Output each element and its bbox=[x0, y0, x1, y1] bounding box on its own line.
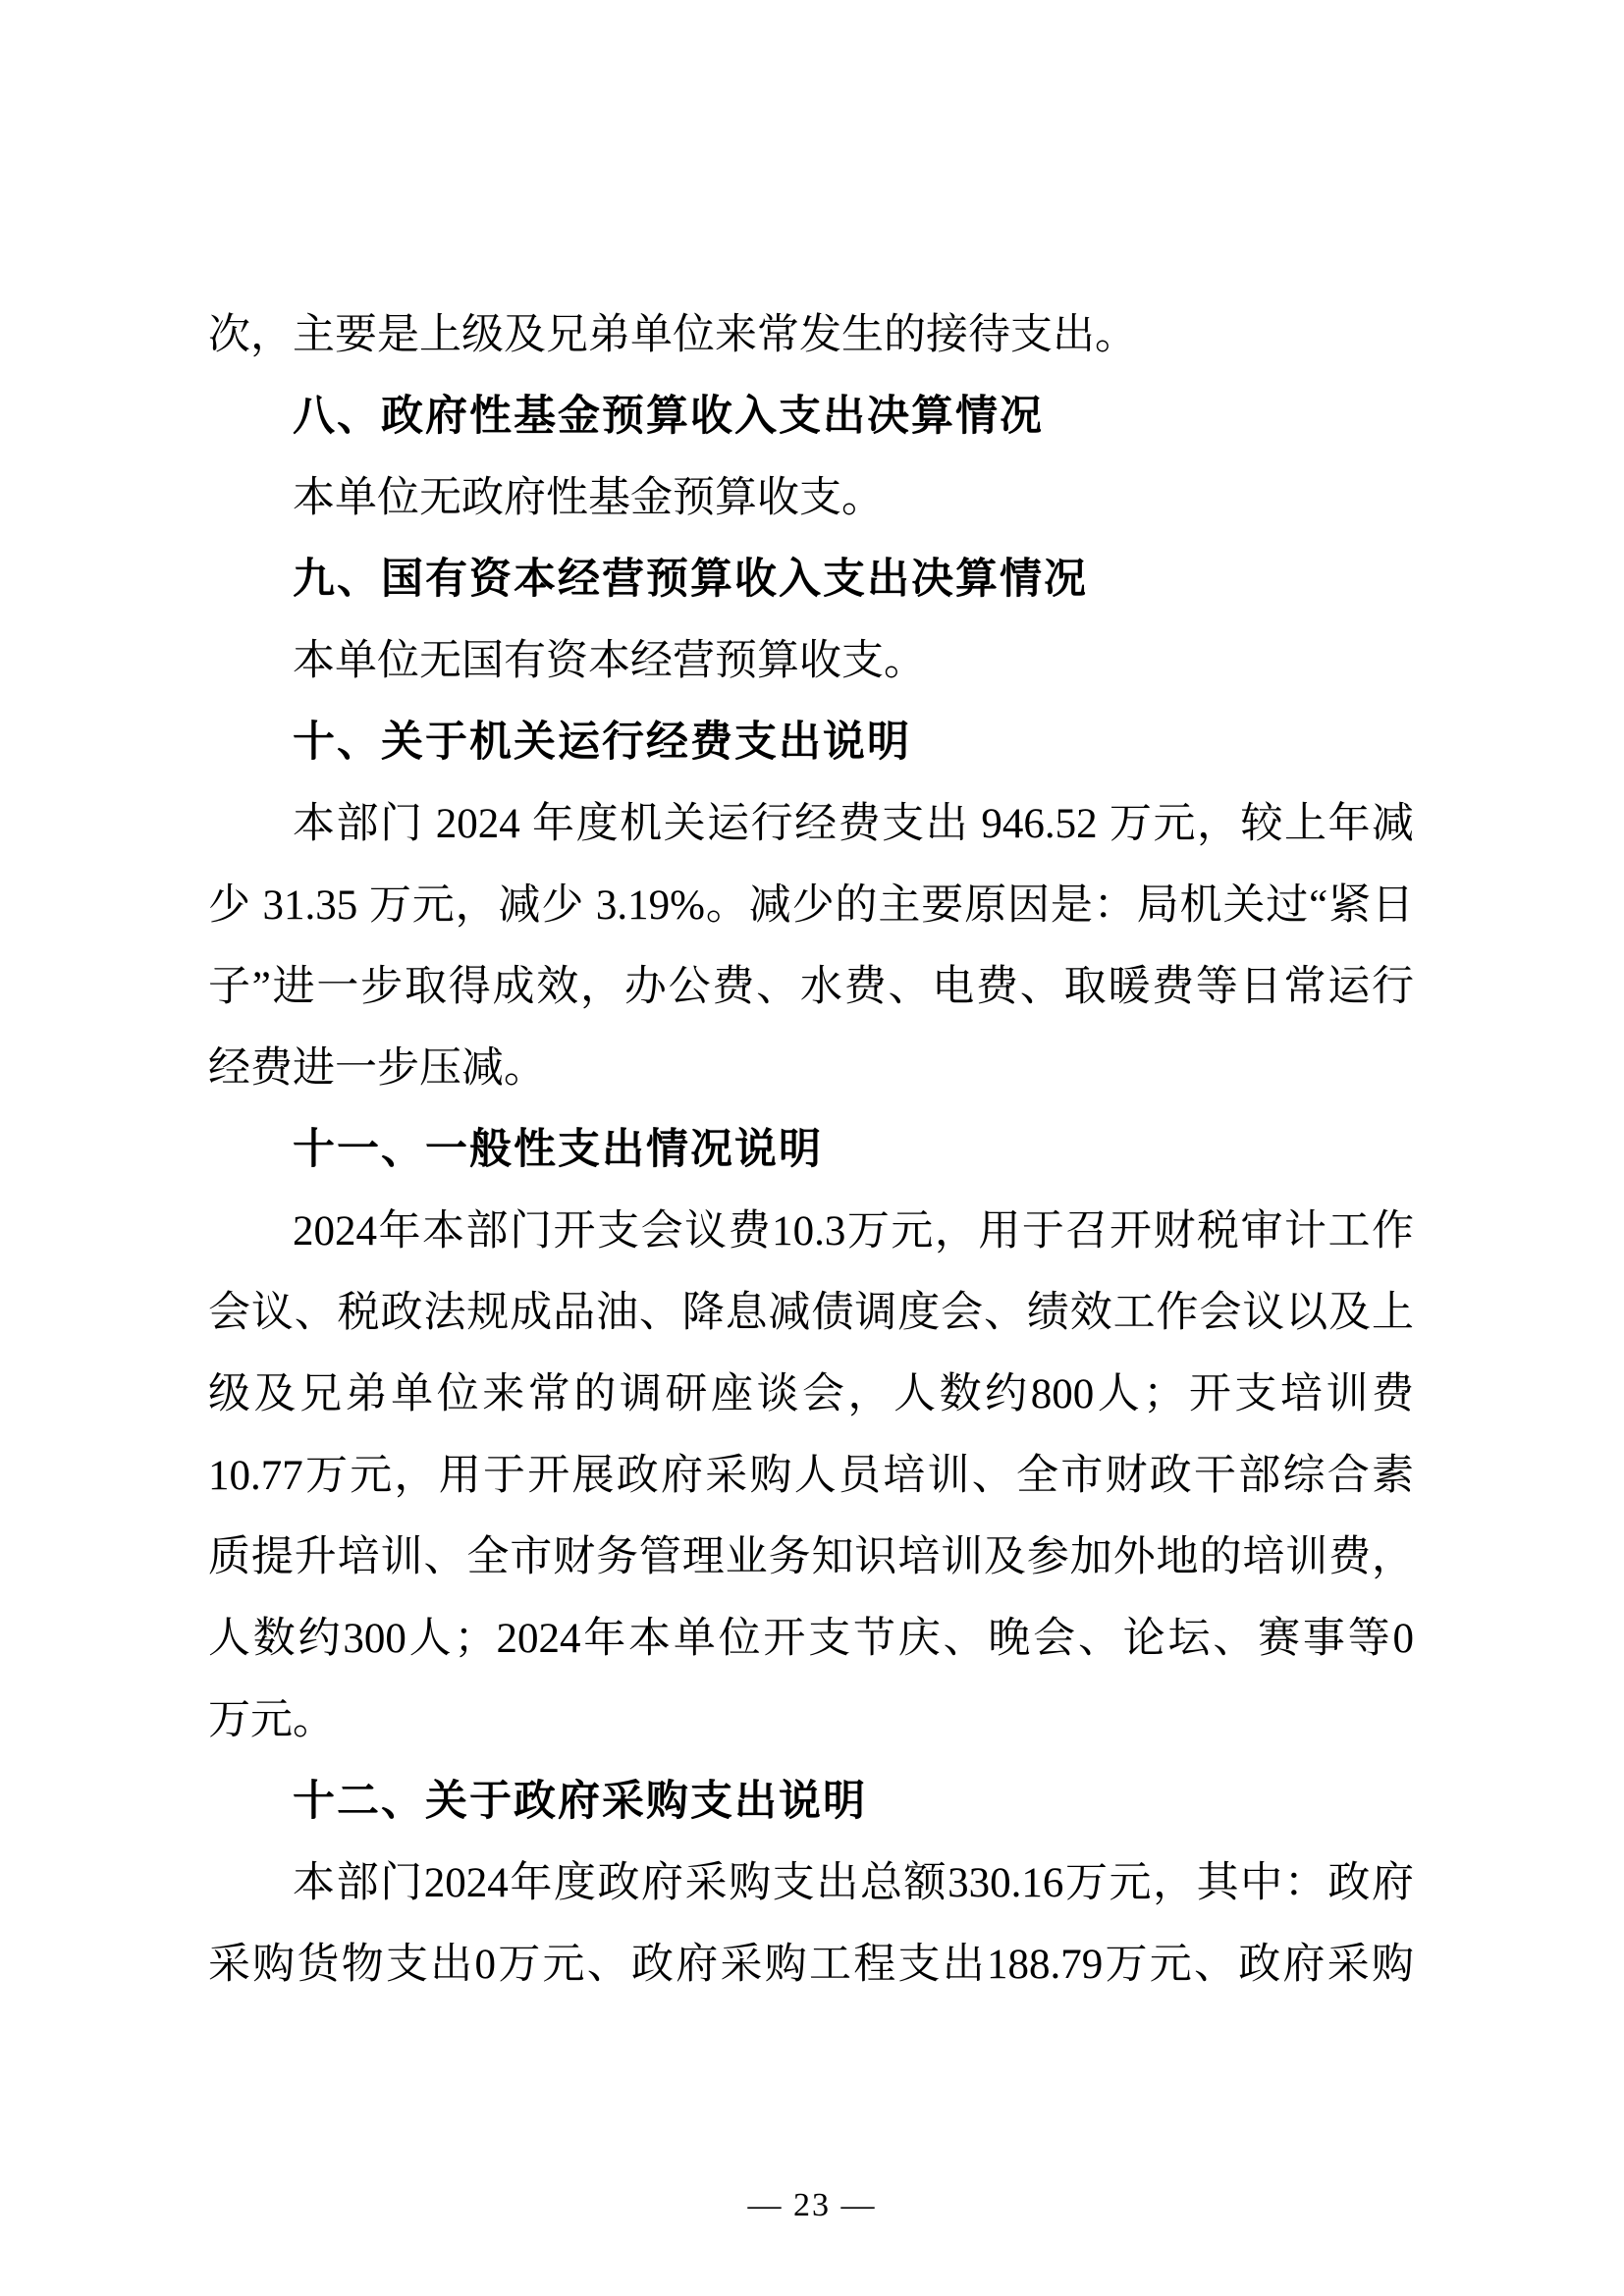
paragraph-line: 会议、税政法规成品油、降息减债调度会、绩效工作会议以及上 bbox=[208, 1272, 1414, 1354]
paragraph-line: 采购货物支出0万元、政府采购工程支出188.79万元、政府采购 bbox=[208, 1924, 1414, 2005]
section-heading: 十一、一般性支出情况说明 bbox=[208, 1109, 1414, 1191]
paragraph-line: 经费进一步压减。 bbox=[208, 1028, 1414, 1109]
document-page: 次，主要是上级及兄弟单位来常发生的接待支出。八、政府性基金预算收入支出决算情况本… bbox=[0, 0, 1624, 2296]
paragraph-line: 质提升培训、全市财务管理业务知识培训及参加外地的培训费， bbox=[208, 1517, 1414, 1598]
page-footer: — 23 — bbox=[0, 2187, 1624, 2224]
section-heading: 十、关于机关运行经费支出说明 bbox=[208, 702, 1414, 783]
paragraph-line: 2024年本部门开支会议费10.3万元，用于召开财税审计工作 bbox=[208, 1191, 1414, 1272]
section-heading: 八、政府性基金预算收入支出决算情况 bbox=[208, 376, 1414, 457]
paragraph-line: 10.77万元，用于开展政府采购人员培训、全市财政干部综合素 bbox=[208, 1435, 1414, 1517]
paragraph-line: 本单位无政府性基金预算收支。 bbox=[208, 457, 1414, 539]
section-heading: 十二、关于政府采购支出说明 bbox=[208, 1761, 1414, 1842]
section-heading: 九、国有资本经营预算收入支出决算情况 bbox=[208, 539, 1414, 620]
paragraph-line: 级及兄弟单位来常的调研座谈会，人数约800人；开支培训费 bbox=[208, 1354, 1414, 1435]
paragraph-line: 本部门 2024 年度机关运行经费支出 946.52 万元，较上年减 bbox=[208, 783, 1414, 865]
paragraph-line: 本单位无国有资本经营预算收支。 bbox=[208, 620, 1414, 702]
paragraph-line: 子”进一步取得成效，办公费、水费、电费、取暖费等日常运行 bbox=[208, 946, 1414, 1028]
document-body: 次，主要是上级及兄弟单位来常发生的接待支出。八、政府性基金预算收入支出决算情况本… bbox=[208, 294, 1414, 2005]
paragraph-line: 人数约300人；2024年本单位开支节庆、晚会、论坛、赛事等0 bbox=[208, 1598, 1414, 1680]
page-number: — 23 — bbox=[748, 2187, 877, 2223]
paragraph-line: 万元。 bbox=[208, 1680, 1414, 1761]
paragraph-line: 少 31.35 万元，减少 3.19%。减少的主要原因是：局机关过“紧日 bbox=[208, 865, 1414, 946]
paragraph-line: 次，主要是上级及兄弟单位来常发生的接待支出。 bbox=[208, 294, 1414, 376]
paragraph-line: 本部门2024年度政府采购支出总额330.16万元，其中：政府 bbox=[208, 1842, 1414, 1924]
